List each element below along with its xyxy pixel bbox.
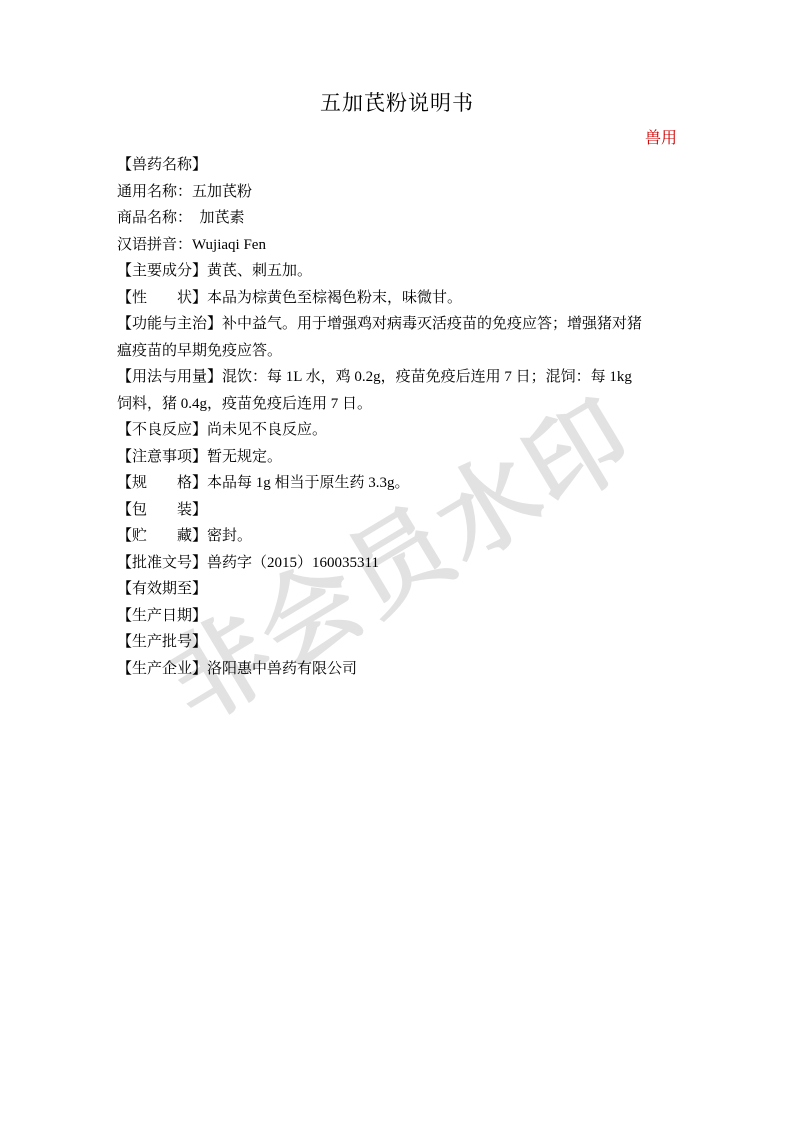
doc-line: 汉语拼音：Wujiaqi Fen — [117, 232, 677, 259]
doc-line: 【生产企业】洛阳惠中兽药有限公司 — [117, 656, 677, 683]
doc-line: 【性 状】本品为棕黄色至棕褐色粉末，味微甘。 — [117, 285, 677, 312]
doc-line: 通用名称：五加芪粉 — [117, 179, 677, 206]
document-page: 非会员水印 五加芪粉说明书 兽用 【兽药名称】通用名称：五加芪粉商品名称： 加芪… — [0, 0, 793, 1122]
doc-line: 【注意事项】暂无规定。 — [117, 444, 677, 471]
doc-line: 【生产日期】 — [117, 603, 677, 630]
doc-line: 【批准文号】兽药字（2015）160035311 — [117, 550, 677, 577]
document-body: 【兽药名称】通用名称：五加芪粉商品名称： 加芪素汉语拼音：Wujiaqi Fen… — [117, 152, 677, 682]
veterinary-use-tag: 兽用 — [117, 126, 677, 152]
doc-line: 瘟疫苗的早期免疫应答。 — [117, 338, 677, 365]
doc-line: 【不良反应】尚未见不良反应。 — [117, 417, 677, 444]
doc-line: 【功能与主治】补中益气。用于增强鸡对病毒灭活疫苗的免疫应答；增强猪对猪 — [117, 311, 677, 338]
doc-line: 【生产批号】 — [117, 629, 677, 656]
doc-line: 【有效期至】 — [117, 576, 677, 603]
doc-line: 饲料，猪 0.4g，疫苗免疫后连用 7 日。 — [117, 391, 677, 418]
doc-line: 【用法与用量】混饮：每 1L 水，鸡 0.2g，疫苗免疫后连用 7 日；混饲：每… — [117, 364, 677, 391]
doc-line: 【包 装】 — [117, 497, 677, 524]
doc-line: 商品名称： 加芪素 — [117, 205, 677, 232]
document-content: 五加芪粉说明书 兽用 【兽药名称】通用名称：五加芪粉商品名称： 加芪素汉语拼音：… — [117, 0, 677, 682]
doc-line: 【兽药名称】 — [117, 152, 677, 179]
doc-line: 【规 格】本品每 1g 相当于原生药 3.3g。 — [117, 470, 677, 497]
doc-line: 【贮 藏】密封。 — [117, 523, 677, 550]
page-title: 五加芪粉说明书 — [117, 86, 677, 120]
doc-line: 【主要成分】黄芪、刺五加。 — [117, 258, 677, 285]
